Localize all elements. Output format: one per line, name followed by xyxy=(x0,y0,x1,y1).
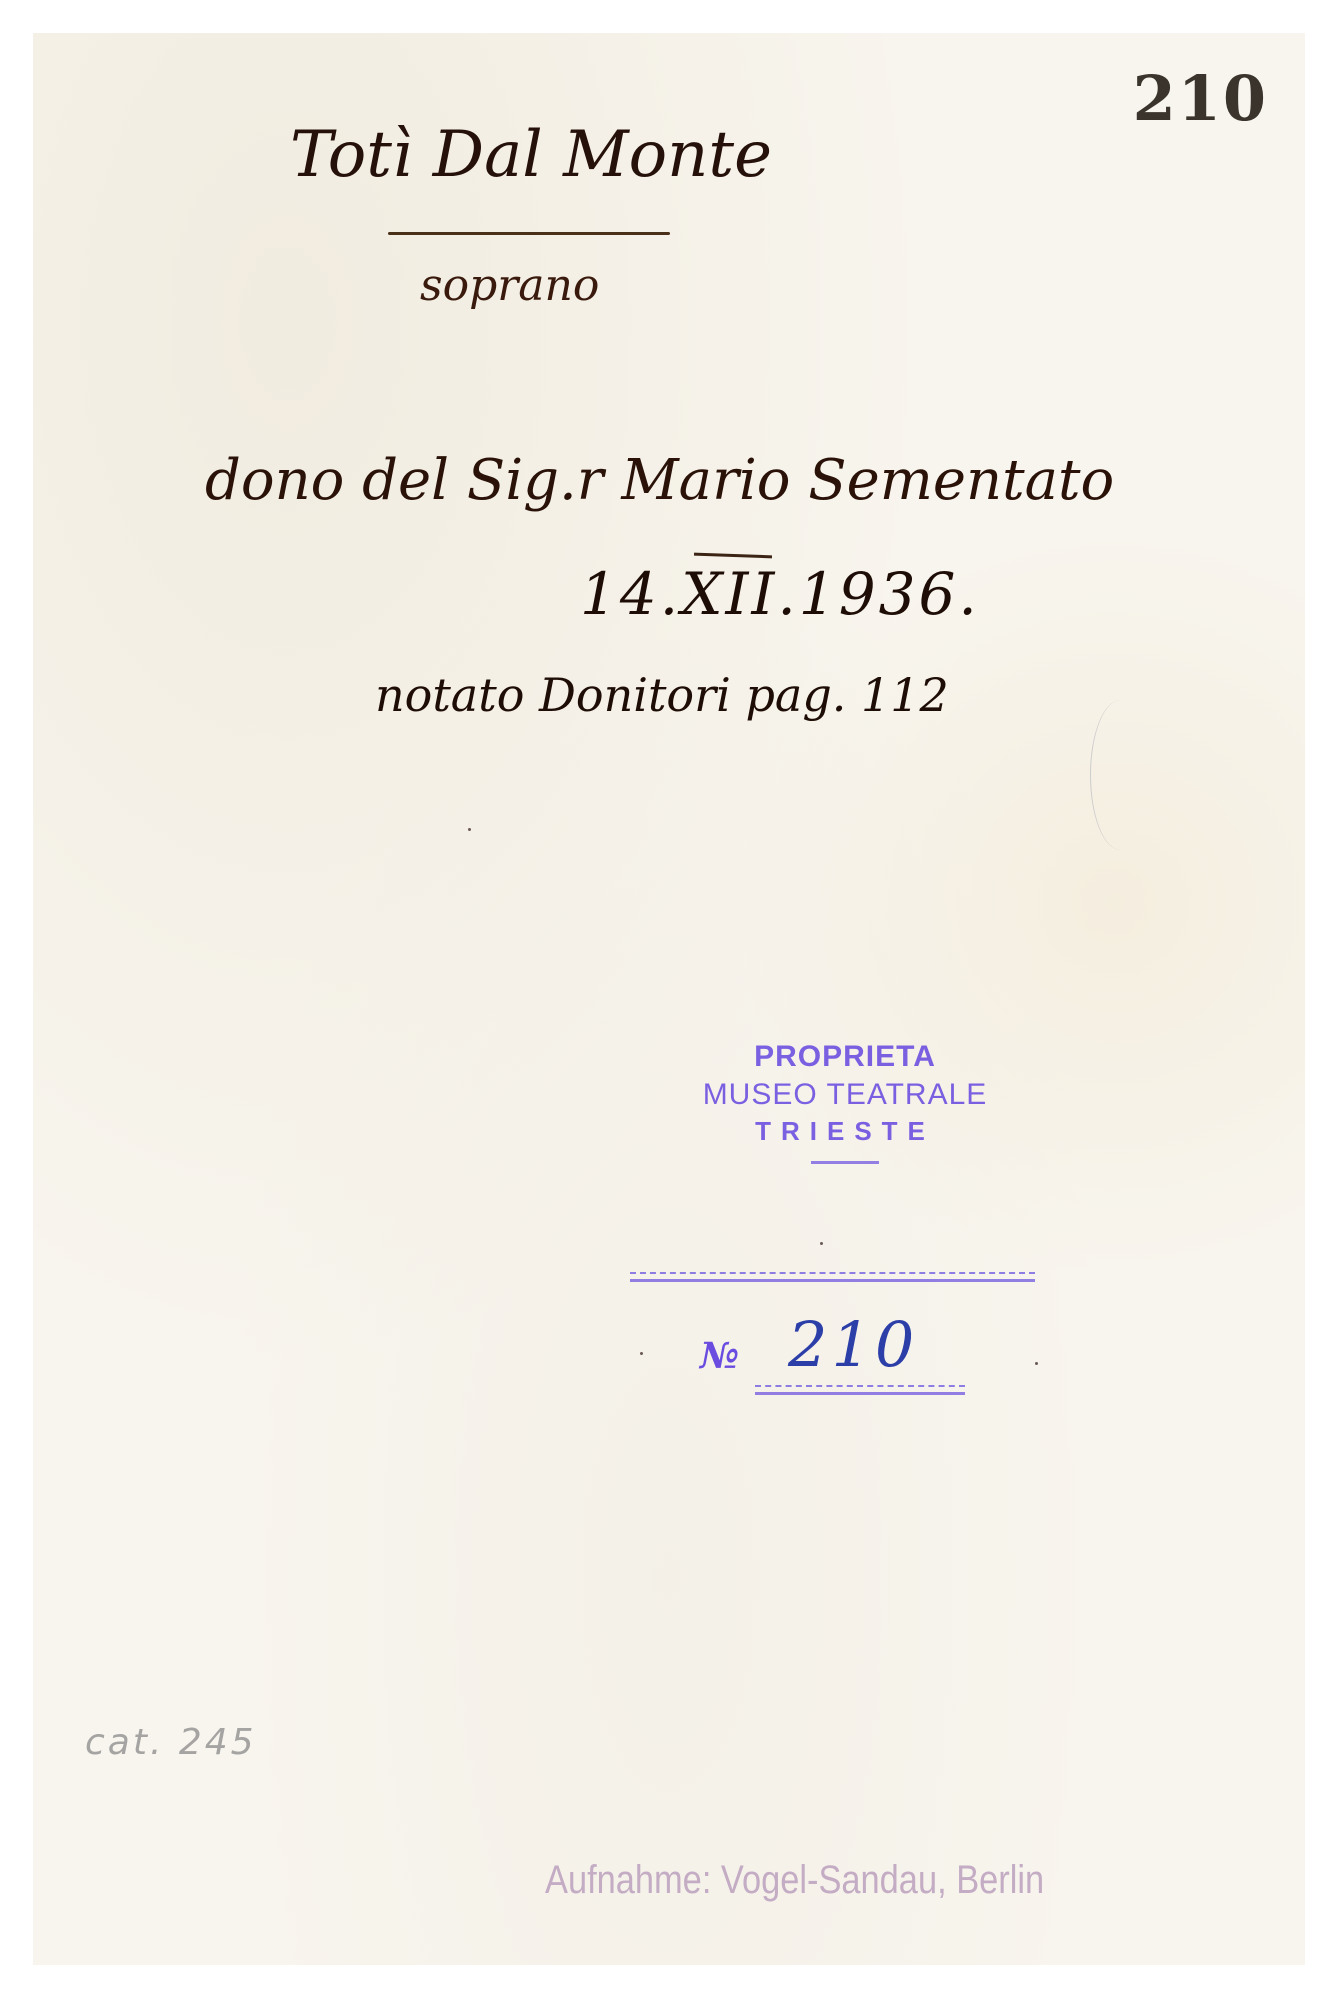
donation-note: dono del Sig.r Mario Sementato xyxy=(205,448,1114,513)
ink-speck xyxy=(468,828,471,831)
stamp-line-museum: MUSEO TEATRALE xyxy=(640,1078,1050,1112)
donation-date: 14.XII.1936. xyxy=(580,560,980,628)
photo-verso-card xyxy=(33,33,1305,1965)
museum-ownership-stamp: PROPRIETA MUSEO TEATRALE TRIESTE xyxy=(640,1040,1050,1164)
stamp-line-city: TRIESTE xyxy=(640,1116,1050,1147)
numero-sign: № xyxy=(700,1335,739,1377)
ink-speck xyxy=(820,1242,823,1245)
voice-type: soprano xyxy=(420,260,599,311)
name-underline xyxy=(388,232,670,235)
photographer-credit-stamp: Aufnahme: Vogel-Sandau, Berlin xyxy=(545,1858,1044,1903)
ink-speck xyxy=(1035,1362,1038,1365)
stamp-line-property: PROPRIETA xyxy=(640,1040,1050,1074)
printed-catalog-number: 210 xyxy=(1133,62,1268,135)
subject-name: Totì Dal Monte xyxy=(290,118,772,192)
registry-note: notato Donitori pag. 112 xyxy=(375,668,949,722)
inventory-number: 210 xyxy=(788,1308,918,1381)
inventory-stamp-top-rule xyxy=(630,1272,1035,1282)
pencil-catalog-note: cat. 245 xyxy=(85,1722,257,1763)
stamp-rule xyxy=(811,1161,879,1164)
inventory-stamp-bottom-rule xyxy=(755,1385,965,1395)
ink-speck xyxy=(640,1352,643,1355)
paper-crease xyxy=(1090,700,1151,850)
